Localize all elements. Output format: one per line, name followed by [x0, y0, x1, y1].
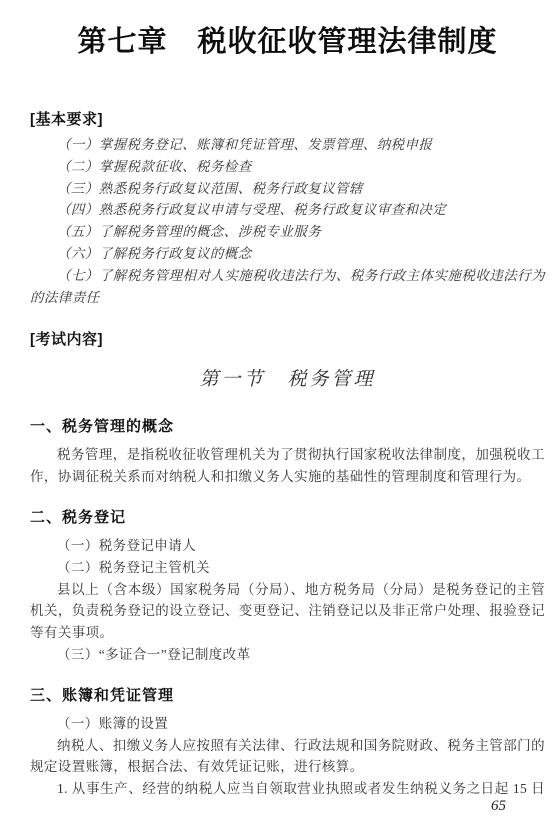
section-title: 第一节 税务管理 [30, 367, 545, 393]
subsection-body-2: （一）税务登记申请人 （二）税务登记主管机关 县以上（含本级）国家税务局（分局）… [30, 535, 545, 666]
list-item: （一）税务登记申请人 [30, 535, 545, 557]
chapter-title: 第七章 税收征收管理法律制度 [30, 24, 545, 60]
paragraph: 纳税人、扣缴义务人应按照有关法律、行政法规和国务院财政、税务主管部门的规定设置账… [30, 735, 545, 779]
subsection-heading-2: 二、税务登记 [30, 508, 545, 527]
requirement-item-2: （二）掌握税款征收、税务检查 [30, 156, 545, 178]
requirement-item-5: （五）了解税务管理的概念、涉税专业服务 [30, 221, 545, 243]
basic-requirements-heading: [基本要求] [30, 110, 545, 129]
requirement-item-3: （三）熟悉税务行政复议范围、税务行政复议管辖 [30, 178, 545, 200]
document-page: 第七章 税收征收管理法律制度 [基本要求] （一）掌握税务登记、账簿和凭证管理、… [0, 0, 558, 825]
requirement-item-1: （一）掌握税务登记、账簿和凭证管理、发票管理、纳税申报 [30, 134, 545, 156]
subsection-body-3: （一）账簿的设置 纳税人、扣缴义务人应按照有关法律、行政法规和国务院财政、税务主… [30, 713, 545, 800]
paragraph-continued: 1. 从事生产、经营的纳税人应当自领取营业执照或者发生纳税义务之日起 15 日 [30, 778, 545, 800]
paragraph: 税务管理，是指税收征收管理机关为了贯彻执行国家税收法律制度，加强税收工作，协调征… [30, 444, 545, 488]
requirement-item-4: （四）熟悉税务行政复议申请与受理、税务行政复议审查和决定 [30, 199, 545, 221]
page-number: 65 [491, 798, 506, 815]
subsection-heading-3: 三、账簿和凭证管理 [30, 686, 545, 705]
paragraph: 县以上（含本级）国家税务局（分局）、地方税务局（分局）是税务登记的主管机关，负责… [30, 579, 545, 644]
requirement-item-6: （六）了解税务行政复议的概念 [30, 243, 545, 265]
exam-content-heading: [考试内容] [30, 330, 545, 349]
requirement-item-7: （七）了解税务管理相对人实施税收违法行为、税务行政主体实施税收违法行为的法律责任 [30, 265, 545, 309]
list-item: （二）税务登记主管机关 [30, 557, 545, 579]
subsection-heading-1: 一、税务管理的概念 [30, 417, 545, 436]
basic-requirements-list: （一）掌握税务登记、账簿和凭证管理、发票管理、纳税申报 （二）掌握税款征收、税务… [30, 134, 545, 308]
subsection-body-1: 税务管理，是指税收征收管理机关为了贯彻执行国家税收法律制度，加强税收工作，协调征… [30, 444, 545, 488]
list-item: （三）“多证合一”登记制度改革 [30, 644, 545, 666]
list-item: （一）账簿的设置 [30, 713, 545, 735]
